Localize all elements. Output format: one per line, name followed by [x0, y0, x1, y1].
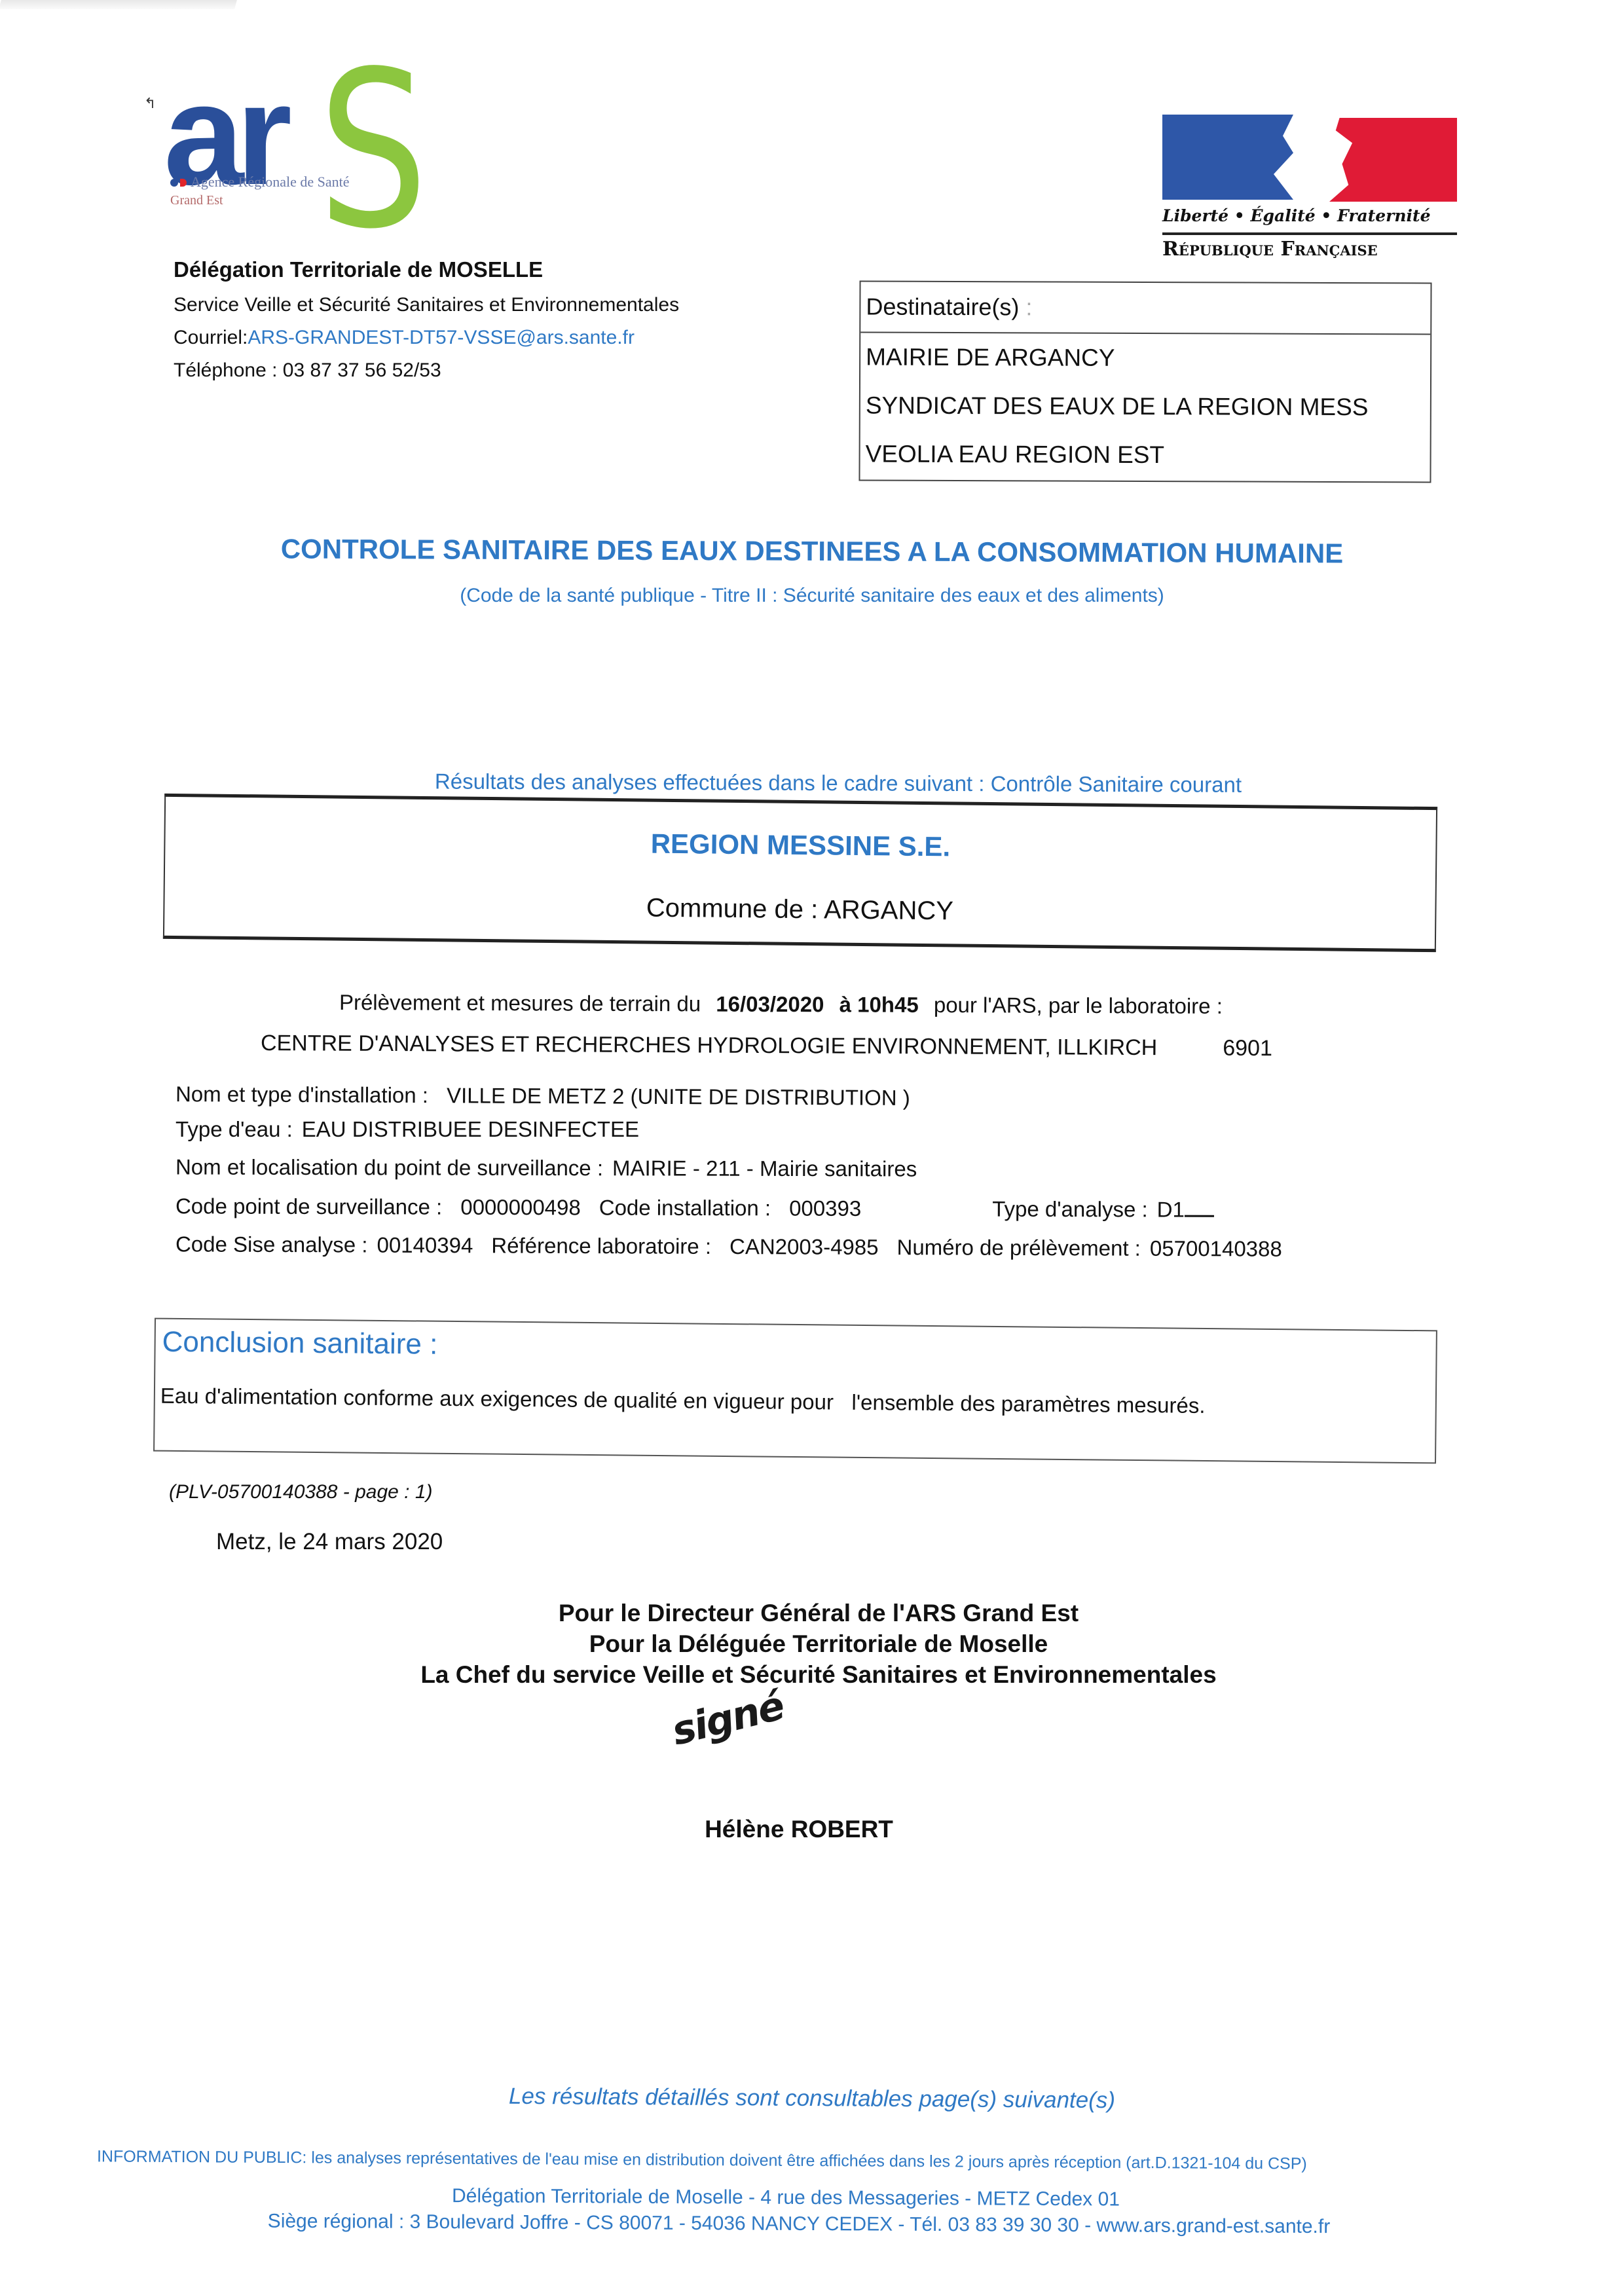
region-box: REGION MESSINE S.E. Commune de : ARGANCY	[163, 794, 1437, 952]
installation-line: Nom et type d'installation :VILLE DE MET…	[175, 1082, 910, 1111]
lab-ref-value: CAN2003-4985	[729, 1234, 879, 1259]
water-type-value: EAU DISTRIBUEE DESINFECTEE	[302, 1117, 639, 1141]
email-label: Courriel:	[174, 327, 248, 348]
logo-divider	[1162, 232, 1457, 235]
document-title: CONTROLE SANITAIRE DES EAUX DESTINEES A …	[0, 532, 1624, 571]
signature-line: La Chef du service Veille et Sécurité Sa…	[65, 1659, 1572, 1690]
ars-agency-text: Agence Régionale de Santé	[191, 174, 350, 190]
delegation-address: Délégation Territoriale de Moselle - 4 r…	[0, 2183, 1624, 2214]
sampling-line: Prélèvement et mesures de terrain du 16/…	[339, 990, 1223, 1019]
laboratory-code: 6901	[1223, 1036, 1272, 1061]
service-name: Service Veille et Sécurité Sanitaires et…	[174, 294, 679, 316]
sample-number-label: Numéro de prélèvement :	[896, 1235, 1141, 1260]
headquarters-address: Siège régional : 3 Boulevard Joffre - CS…	[0, 2209, 1624, 2240]
sampling-by: pour l'ARS, par le laboratoire :	[934, 993, 1223, 1018]
region-name: REGION MESSINE S.E.	[165, 823, 1435, 868]
conclusion-text: Eau d'alimentation conforme aux exigence…	[160, 1384, 1206, 1418]
republic-motto: Liberté • Égalité • Fraternité	[1162, 206, 1457, 225]
signature-block: Pour le Directeur Général de l'ARS Grand…	[0, 1598, 1572, 1690]
installation-code-value: 000393	[789, 1196, 861, 1221]
recipient-item: VEOLIA EAU REGION EST	[860, 430, 1430, 480]
republique-francaise-logo: Liberté • Égalité • Fraternité Républiqu…	[1162, 115, 1457, 272]
installation-value: VILLE DE METZ 2 (UNITE DE DISTRIBUTION )	[447, 1083, 910, 1110]
laboratory-line: CENTRE D'ANALYSES ET RECHERCHES HYDROLOG…	[261, 1031, 1272, 1061]
ars-logo-region: Grand Est	[170, 193, 223, 208]
surveillance-point-value: MAIRIE - 211 - Mairie sanitaires	[612, 1156, 917, 1181]
signed-stamp: signé	[667, 1683, 788, 1755]
public-information-note: INFORMATION DU PUBLIC: les analyses repr…	[97, 2147, 1307, 2173]
republic-name: République Française	[1162, 238, 1457, 261]
point-code-value: 0000000498	[460, 1195, 581, 1220]
signature-line: Pour le Directeur Général de l'ARS Grand…	[65, 1598, 1572, 1628]
ars-logo-s: S	[318, 43, 428, 259]
marianne-red-icon	[1329, 118, 1457, 202]
ars-logo: ↰ ar S Agence Régionale de Santé Grand E…	[131, 88, 432, 246]
installation-code-label: Code installation :	[599, 1195, 771, 1220]
recipients-header: Destinataire(s) :	[860, 282, 1430, 335]
detailed-results-note: Les résultats détaillés sont consultable…	[0, 2080, 1624, 2117]
analysis-type-blank	[1185, 1215, 1214, 1217]
email-line: Courriel:ARS-GRANDEST-DT57-VSSE@ars.sant…	[174, 327, 679, 349]
marianne-blue-icon	[1162, 115, 1293, 200]
analysis-type-label: Type d'analyse :	[992, 1197, 1148, 1222]
blue-dot-icon	[170, 179, 178, 187]
conclusion-box: Conclusion sanitaire : Eau d'alimentatio…	[153, 1318, 1437, 1464]
lab-ref-label: Référence laboratoire :	[491, 1233, 711, 1258]
sender-block: Délégation Territoriale de MOSELLE Servi…	[174, 257, 679, 392]
conclusion-title: Conclusion sanitaire :	[162, 1326, 437, 1361]
references-line: Code Sise analyse :00140394Référence lab…	[175, 1232, 1282, 1261]
surveillance-point-label: Nom et localisation du point de surveill…	[175, 1155, 603, 1181]
document-subtitle: (Code de la santé publique - Titre II : …	[0, 585, 1624, 607]
scan-mark-icon: ↰	[144, 95, 156, 112]
red-half-dot-icon	[180, 179, 187, 187]
document-reference: (PLV-05700140388 - page : 1)	[169, 1481, 433, 1503]
installation-label: Nom et type d'installation :	[175, 1082, 428, 1107]
date-place: Metz, le 24 mars 2020	[216, 1529, 443, 1555]
sample-number-value: 05700140388	[1150, 1236, 1282, 1261]
sampling-date: 16/03/2020	[716, 992, 824, 1017]
delegation-name: Délégation Territoriale de MOSELLE	[174, 257, 679, 282]
signer-name: Hélène ROBERT	[0, 1816, 1532, 1843]
point-code-label: Code point de surveillance :	[175, 1194, 442, 1219]
laboratory-name: CENTRE D'ANALYSES ET RECHERCHES HYDROLOG…	[261, 1031, 1157, 1060]
codes-line: Code point de surveillance :0000000498Co…	[175, 1194, 1214, 1222]
signature-line: Pour la Déléguée Territoriale de Moselle	[65, 1628, 1572, 1659]
sampling-time: à 10h45	[840, 992, 919, 1017]
sise-value: 00140394	[377, 1233, 473, 1258]
phone-line: Téléphone : 03 87 37 56 52/53	[174, 359, 679, 382]
analysis-type-value: D1	[1157, 1197, 1185, 1221]
recipient-item: SYNDICAT DES EAUX DE LA REGION MESS	[860, 381, 1430, 431]
email-link[interactable]: ARS-GRANDEST-DT57-VSSE@ars.sante.fr	[248, 327, 635, 348]
sampling-intro: Prélèvement et mesures de terrain du	[339, 990, 701, 1016]
commune-name: Commune de : ARGANCY	[164, 889, 1435, 931]
surveillance-point-line: Nom et localisation du point de surveill…	[175, 1155, 917, 1182]
recipient-item: MAIRIE DE ARGANCY	[860, 333, 1430, 383]
sise-label: Code Sise analyse :	[175, 1232, 368, 1257]
water-type-label: Type d'eau :	[175, 1117, 293, 1141]
recipients-box: Destinataire(s) : MAIRIE DE ARGANCY SYND…	[858, 280, 1431, 483]
water-type-line: Type d'eau :EAU DISTRIBUEE DESINFECTEE	[175, 1117, 639, 1142]
recipients-label: Destinataire(s)	[866, 293, 1019, 321]
ars-logo-agency: Agence Régionale de Santé	[170, 174, 350, 191]
scan-artifact	[0, 0, 237, 9]
